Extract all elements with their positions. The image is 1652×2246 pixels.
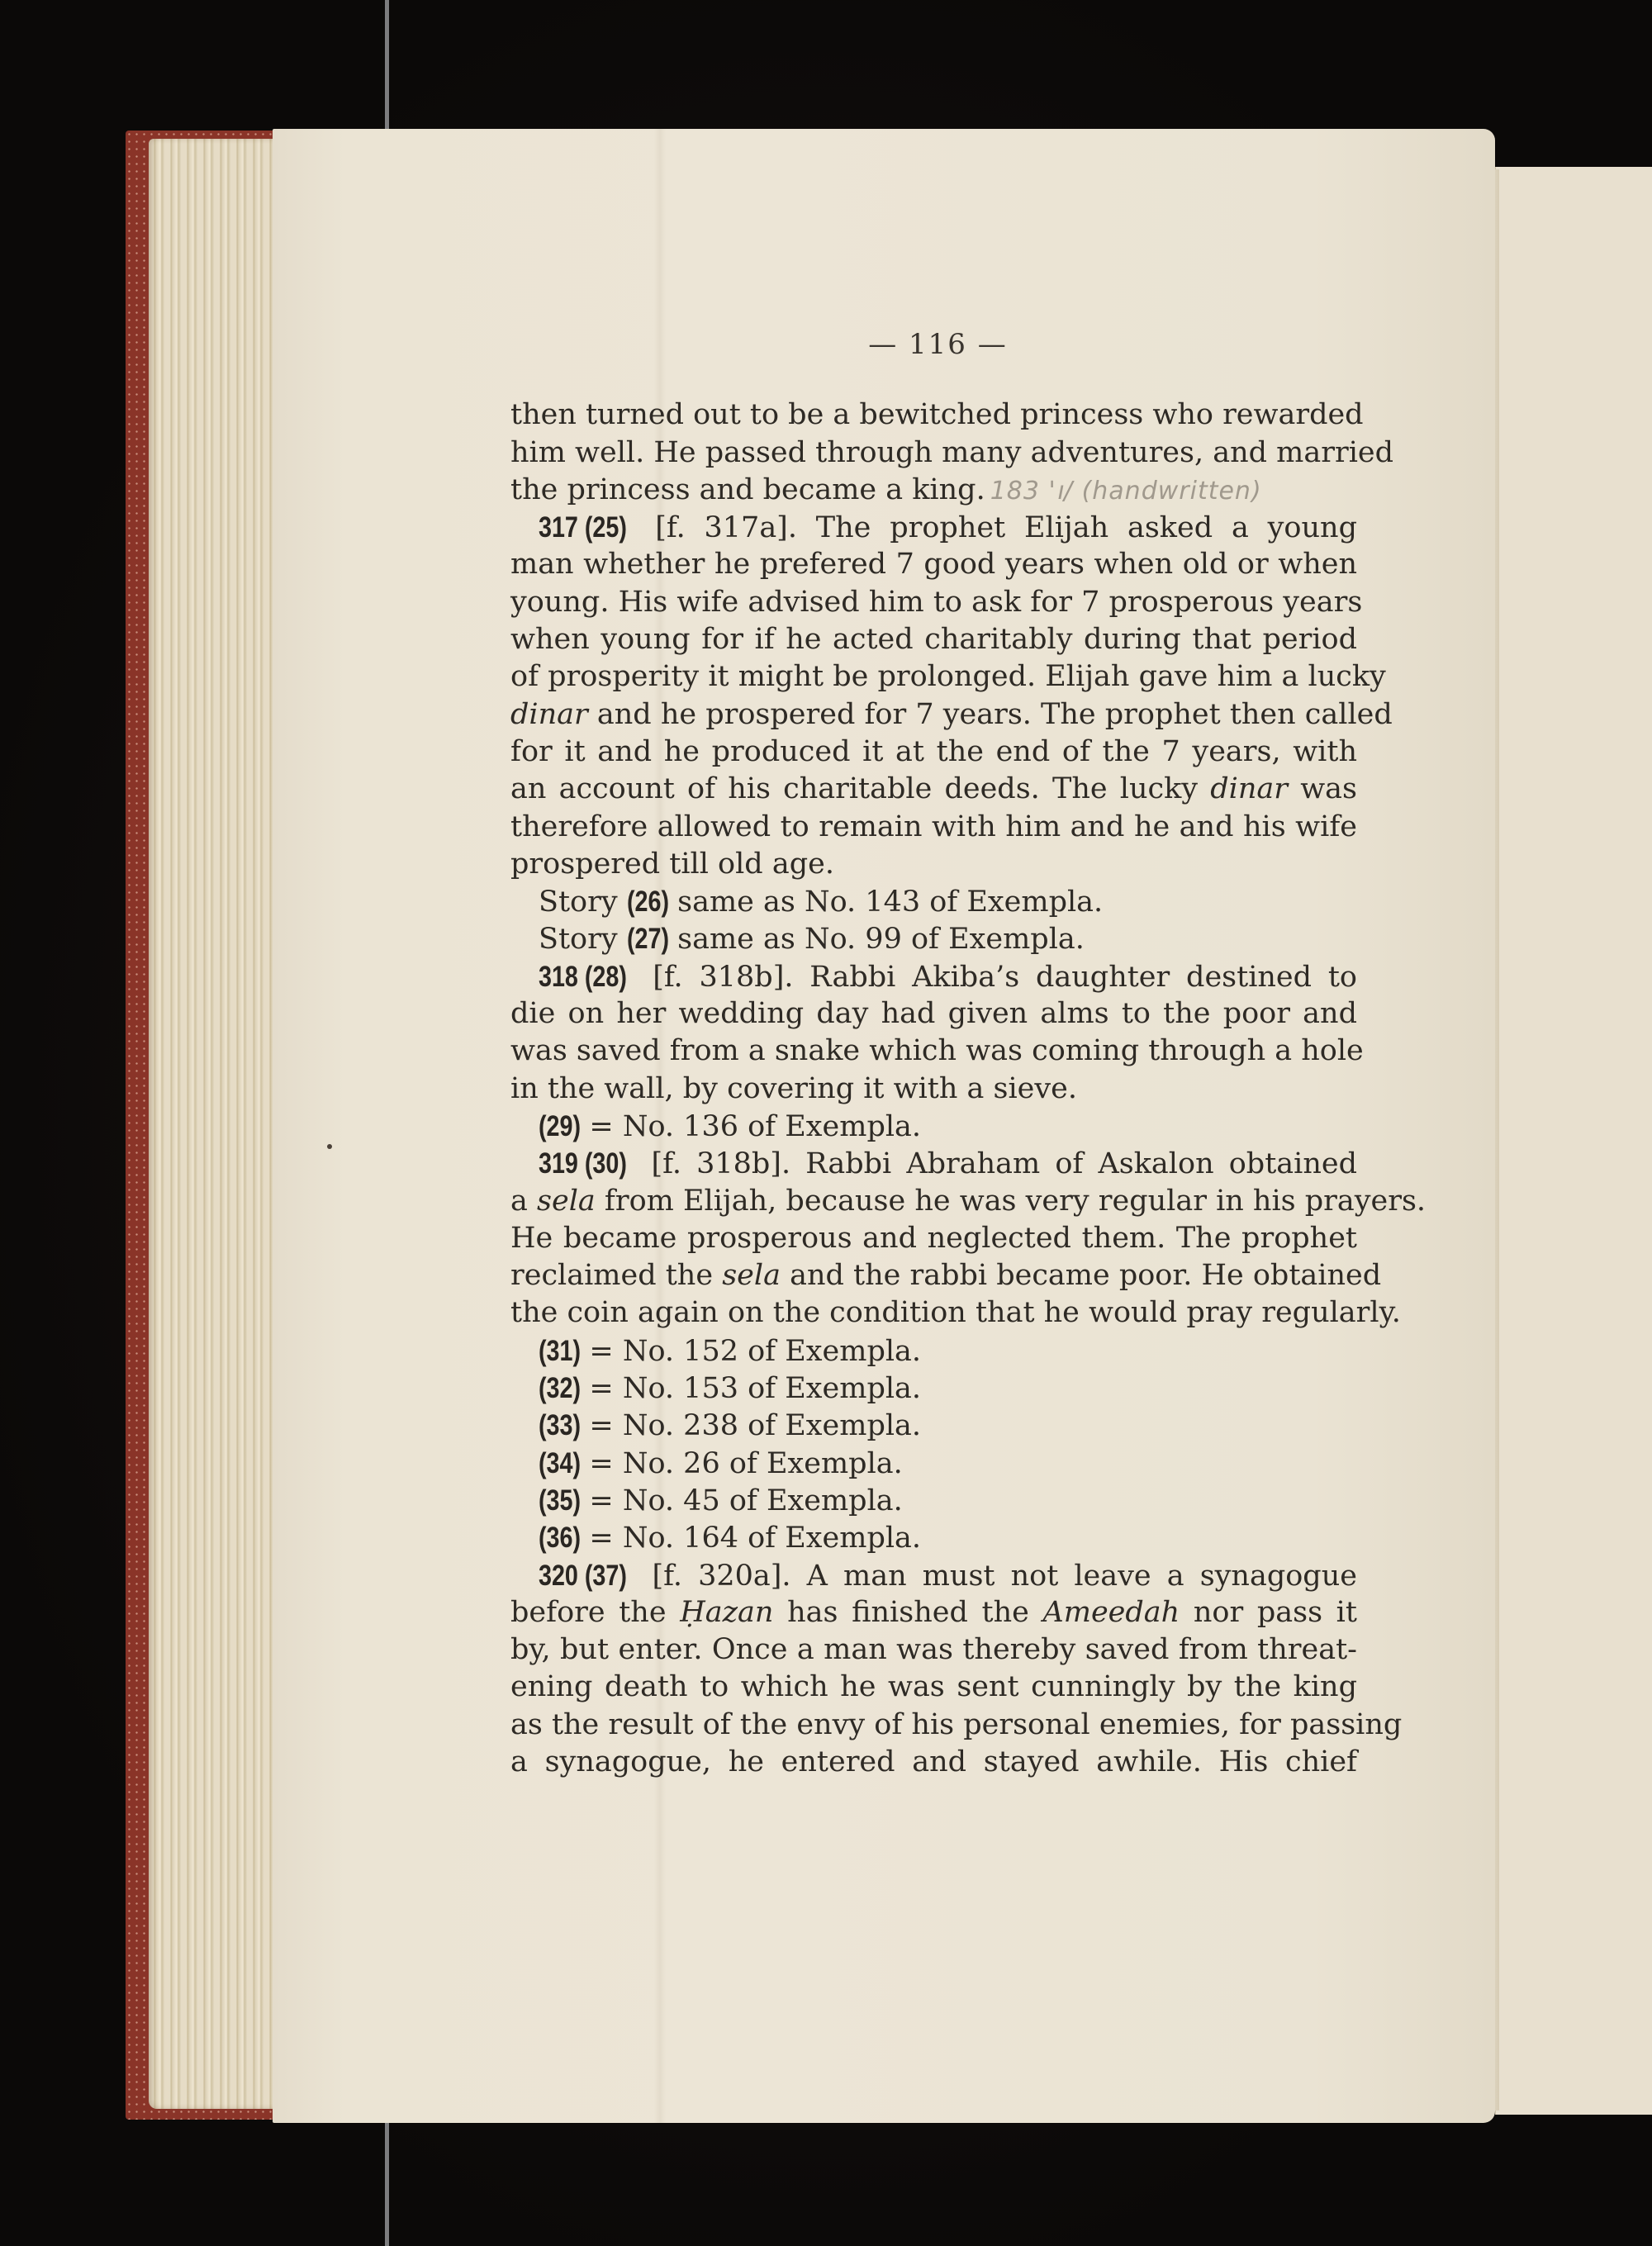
line-text: = No. 152 of Exempla. bbox=[589, 1335, 921, 1368]
line-text: die on her wedding day had given alms to… bbox=[510, 997, 1357, 1030]
entry-number: (33) bbox=[539, 1407, 581, 1444]
line-text: was saved from a snake which was coming … bbox=[510, 1034, 1364, 1067]
pencil-annotation: ו' 183/ (handwritten) bbox=[990, 477, 1262, 506]
line-prefix: Story bbox=[539, 923, 618, 956]
line-text: = No. 45 of Exempla. bbox=[589, 1484, 902, 1517]
line-text: as the result of the envy of his persona… bbox=[510, 1708, 1402, 1741]
page-edges-stack bbox=[149, 139, 274, 2109]
italic-term: sela bbox=[722, 1259, 781, 1292]
text-line: him well. He passed through many adventu… bbox=[510, 434, 1357, 472]
text-line: of prosperity it might be prolonged. Eli… bbox=[510, 658, 1357, 696]
text-line: an account of his charitable deeds. The … bbox=[510, 771, 1357, 808]
line-text: the coin again on the condition that he … bbox=[510, 1296, 1401, 1329]
line-text: and the rabbi became poor. He obtained bbox=[790, 1259, 1381, 1292]
entry-line: (36) = No. 164 of Exempla. bbox=[510, 1519, 1357, 1556]
italic-term: Ḥazan bbox=[680, 1596, 773, 1629]
line-text: nor pass it bbox=[1194, 1596, 1357, 1629]
entry-line: (35) = No. 45 of Exempla. bbox=[510, 1482, 1357, 1519]
line-text: young. His wife advised him to ask for 7… bbox=[510, 586, 1362, 619]
italic-term: sela bbox=[537, 1185, 596, 1218]
line-text: Rabbi Akiba’s daughter destined to bbox=[809, 961, 1357, 994]
entry-number: (32) bbox=[539, 1370, 581, 1407]
text-line: prospered till old age. bbox=[510, 846, 1357, 883]
page-text-block: — 116 — then turned out to be a bewitche… bbox=[510, 326, 1357, 1781]
line-text: = No. 164 of Exempla. bbox=[589, 1522, 921, 1555]
line-text: = No. 238 of Exempla. bbox=[589, 1409, 921, 1442]
clamp-strip-top bbox=[385, 0, 389, 132]
line-text: same as No. 99 of Exempla. bbox=[677, 923, 1085, 956]
line-text: from Elijah, because he was very regular… bbox=[605, 1185, 1426, 1218]
line-text: of prosperity it might be prolonged. Eli… bbox=[510, 660, 1386, 693]
entry-number: (27) bbox=[627, 920, 669, 957]
entry-number: (36) bbox=[539, 1519, 581, 1556]
line-text: for it and he produced it at the end of … bbox=[510, 735, 1357, 768]
line-text: before the bbox=[510, 1596, 667, 1629]
italic-term: Ameedah bbox=[1042, 1596, 1180, 1629]
text-line: in the wall, by covering it with a sieve… bbox=[510, 1071, 1357, 1108]
entry-line: 320 (37) [f. 320a]. A man must not leave… bbox=[510, 1557, 1357, 1594]
line-text: = No. 26 of Exempla. bbox=[589, 1447, 902, 1480]
line-text: He became prosperous and neglected them.… bbox=[510, 1222, 1357, 1255]
text-line: man whether he prefered 7 good years whe… bbox=[510, 546, 1357, 583]
entry-line: Story (26) same as No. 143 of Exempla. bbox=[510, 883, 1357, 920]
line-prefix: Story bbox=[539, 886, 618, 919]
entry-number: (34) bbox=[539, 1445, 581, 1482]
italic-term: dinar bbox=[510, 698, 588, 731]
line-text: has finished the bbox=[787, 1596, 1029, 1629]
line-text: man whether he prefered 7 good years whe… bbox=[510, 548, 1357, 581]
text-line: therefore allowed to remain with him and… bbox=[510, 809, 1357, 846]
line-text: prospered till old age. bbox=[510, 848, 834, 881]
line-text: by, but enter. Once a man was thereby sa… bbox=[510, 1633, 1357, 1666]
entry-line: 317 (25) [f. 317a]. The prophet Elijah a… bbox=[510, 509, 1357, 546]
entry-number: (35) bbox=[539, 1482, 581, 1519]
text-line: before the Ḥazan has finished the Ameeda… bbox=[510, 1594, 1357, 1631]
text-line: the princess and became a king.ו' 183/ (… bbox=[510, 472, 1357, 509]
entry-line: (31) = No. 152 of Exempla. bbox=[510, 1332, 1357, 1370]
entry-number: 317 (25) bbox=[539, 509, 627, 546]
line-text: then turned out to be a bewitched prince… bbox=[510, 398, 1364, 431]
line-text: him well. He passed through many adventu… bbox=[510, 436, 1393, 469]
folio-reference: [f. 318b]. bbox=[652, 1147, 791, 1180]
line-text: therefore allowed to remain with him and… bbox=[510, 810, 1357, 843]
line-text: a bbox=[510, 1185, 528, 1218]
line-text: reclaimed the bbox=[510, 1259, 713, 1292]
line-text: = No. 136 of Exempla. bbox=[589, 1110, 921, 1143]
text-line: dinar and he prospered for 7 years. The … bbox=[510, 696, 1357, 734]
text-line: the coin again on the condition that he … bbox=[510, 1294, 1357, 1332]
paper-speck bbox=[327, 1144, 332, 1149]
line-text: in the wall, by covering it with a sieve… bbox=[510, 1072, 1077, 1105]
text-line: a sela from Elijah, because he was very … bbox=[510, 1183, 1357, 1220]
text-line: when young for if he acted charitably du… bbox=[510, 621, 1357, 658]
line-text: the princess and became a king. bbox=[510, 473, 985, 506]
text-line: reclaimed the sela and the rabbi became … bbox=[510, 1257, 1357, 1294]
line-text: an account of his charitable deeds. The … bbox=[510, 772, 1198, 805]
entry-line: (34) = No. 26 of Exempla. bbox=[510, 1445, 1357, 1482]
folio-reference: [f. 317a]. bbox=[655, 511, 797, 544]
entry-line: 318 (28) [f. 318b]. Rabbi Akiba’s daught… bbox=[510, 958, 1357, 995]
text-line: then turned out to be a bewitched prince… bbox=[510, 396, 1357, 434]
page-number: — 116 — bbox=[510, 326, 1357, 363]
entry-line: Story (27) same as No. 99 of Exempla. bbox=[510, 920, 1357, 957]
line-text: and he prospered for 7 years. The prophe… bbox=[597, 698, 1393, 731]
italic-term: dinar bbox=[1210, 772, 1288, 805]
entry-number: (26) bbox=[627, 883, 669, 920]
text-line: a synagogue, he entered and stayed awhil… bbox=[510, 1744, 1357, 1781]
line-text: when young for if he acted charitably du… bbox=[510, 623, 1357, 656]
facing-page-edge bbox=[1495, 167, 1652, 2115]
line-text: = No. 153 of Exempla. bbox=[589, 1372, 921, 1405]
text-line: as the result of the envy of his persona… bbox=[510, 1707, 1357, 1744]
clamp-strip-bottom bbox=[385, 2123, 389, 2246]
text-line: He became prosperous and neglected them.… bbox=[510, 1220, 1357, 1257]
line-text: A man must not leave a synagogue bbox=[807, 1560, 1357, 1593]
entry-number: 319 (30) bbox=[539, 1145, 627, 1182]
entry-line: 319 (30) [f. 318b]. Rabbi Abraham of Ask… bbox=[510, 1145, 1357, 1182]
entry-number: 318 (28) bbox=[539, 958, 627, 995]
scan-scene: — 116 — then turned out to be a bewitche… bbox=[0, 0, 1652, 2246]
text-line: die on her wedding day had given alms to… bbox=[510, 995, 1357, 1033]
line-text: ening death to which he was sent cunning… bbox=[510, 1670, 1357, 1703]
text-line: was saved from a snake which was coming … bbox=[510, 1033, 1357, 1070]
line-text: was bbox=[1300, 772, 1357, 805]
text-line: for it and he produced it at the end of … bbox=[510, 734, 1357, 771]
entry-number: (31) bbox=[539, 1332, 581, 1370]
entry-number: (29) bbox=[539, 1108, 581, 1145]
entry-line: (29) = No. 136 of Exempla. bbox=[510, 1108, 1357, 1145]
folio-reference: [f. 318b]. bbox=[653, 961, 793, 994]
entry-line: (33) = No. 238 of Exempla. bbox=[510, 1407, 1357, 1444]
line-text: a synagogue, he entered and stayed awhil… bbox=[510, 1745, 1357, 1778]
text-line: young. His wife advised him to ask for 7… bbox=[510, 584, 1357, 621]
folio-reference: [f. 320a]. bbox=[652, 1560, 790, 1593]
line-text: The prophet Elijah asked a young bbox=[816, 511, 1357, 544]
entry-number: 320 (37) bbox=[539, 1557, 627, 1594]
line-text: Rabbi Abraham of Askalon obtained bbox=[805, 1147, 1357, 1180]
text-line: ening death to which he was sent cunning… bbox=[510, 1669, 1357, 1706]
line-text: same as No. 143 of Exempla. bbox=[677, 886, 1103, 919]
entry-line: (32) = No. 153 of Exempla. bbox=[510, 1370, 1357, 1407]
text-line: by, but enter. Once a man was thereby sa… bbox=[510, 1631, 1357, 1669]
